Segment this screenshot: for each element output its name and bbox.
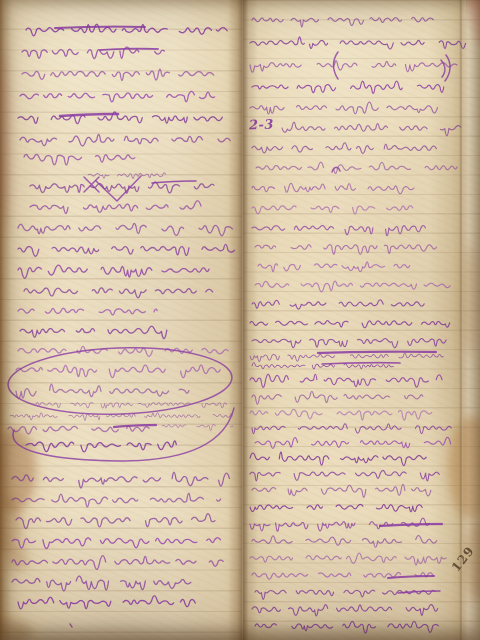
strikethrough-mark — [152, 181, 196, 183]
handwriting-line — [20, 326, 167, 338]
strikethrough-mark — [60, 114, 118, 116]
handwriting-line — [18, 596, 195, 609]
strikethrough-mark — [380, 524, 442, 526]
handwriting-line — [18, 223, 232, 235]
stain — [460, 245, 480, 355]
annotation-flourish — [332, 167, 340, 172]
handwriting-line — [255, 245, 436, 255]
annotation-flourish — [96, 176, 141, 201]
handwriting-line — [252, 300, 424, 309]
handwriting-line — [250, 452, 426, 466]
handwriting-line — [250, 553, 446, 565]
handwriting-line — [252, 536, 437, 548]
handwriting-line — [12, 576, 191, 591]
handwriting-line — [250, 374, 442, 387]
handwriting-line — [256, 162, 457, 173]
handwriting-line — [250, 61, 457, 73]
handwriting-line — [250, 321, 450, 328]
handwriting-line — [24, 288, 213, 298]
handwriting-line — [26, 441, 176, 452]
handwriting-line — [252, 206, 413, 214]
strikethrough-mark — [318, 352, 436, 353]
handwriting-line — [18, 112, 222, 124]
handwriting-strokes — [7, 17, 466, 633]
manuscript-photo: 2-3 129 — [0, 0, 480, 640]
handwriting-line — [250, 409, 432, 420]
handwriting-line — [16, 365, 220, 378]
handwriting-line — [24, 154, 135, 164]
handwriting-line — [250, 353, 443, 361]
stain — [0, 618, 32, 640]
handwriting-line — [12, 556, 223, 570]
handwriting-line — [12, 493, 221, 507]
handwriting-line — [255, 621, 439, 633]
handwriting-line — [88, 173, 166, 179]
handwriting-line — [252, 143, 436, 154]
annotation-flourish — [70, 624, 72, 627]
handwriting-line — [18, 265, 209, 278]
stain — [4, 544, 28, 572]
handwriting-line — [255, 437, 451, 448]
strikethrough-mark — [114, 425, 156, 427]
handwriting-line — [30, 182, 214, 193]
stain — [0, 50, 9, 230]
strikethrough-mark — [322, 363, 400, 364]
handwriting-line — [36, 402, 227, 408]
handwriting-line — [258, 262, 410, 272]
handwriting-line — [18, 308, 157, 315]
strikethrough-mark — [398, 591, 440, 593]
handwriting-line — [250, 37, 466, 49]
handwriting-line — [252, 605, 438, 616]
handwriting-line — [16, 514, 215, 529]
handwriting-line — [252, 391, 423, 404]
handwriting-line — [252, 424, 451, 434]
handwriting-line — [16, 384, 189, 399]
handwriting-line — [252, 183, 414, 194]
handwriting-line — [22, 69, 214, 80]
handwriting-line — [252, 484, 431, 497]
handwriting-line — [282, 122, 461, 136]
strikethrough-mark — [55, 27, 145, 28]
handwriting-line — [20, 91, 215, 101]
handwriting-line — [162, 425, 233, 431]
annotation-flourish — [445, 55, 450, 81]
handwriting-line — [18, 244, 235, 256]
handwriting-layer — [0, 0, 480, 640]
stain — [448, 416, 480, 520]
handwriting-line — [250, 470, 439, 480]
handwriting-line — [255, 281, 450, 292]
handwriting-line — [252, 339, 446, 348]
handwriting-line — [12, 538, 221, 549]
ink-and-age-stains — [0, 50, 480, 640]
handwriting-line — [8, 426, 149, 434]
handwriting-line — [30, 201, 201, 214]
handwriting-line — [12, 472, 229, 488]
annotation-flourish — [84, 177, 99, 192]
handwriting-line — [252, 81, 444, 93]
annotation-flourish — [13, 408, 234, 461]
handwriting-line — [20, 134, 230, 145]
handwriting-line — [252, 226, 425, 236]
handwriting-line — [250, 504, 422, 511]
handwriting-line — [250, 102, 437, 114]
handwriting-line — [252, 17, 433, 27]
handwritten-numeral: 2-3 — [249, 118, 275, 134]
